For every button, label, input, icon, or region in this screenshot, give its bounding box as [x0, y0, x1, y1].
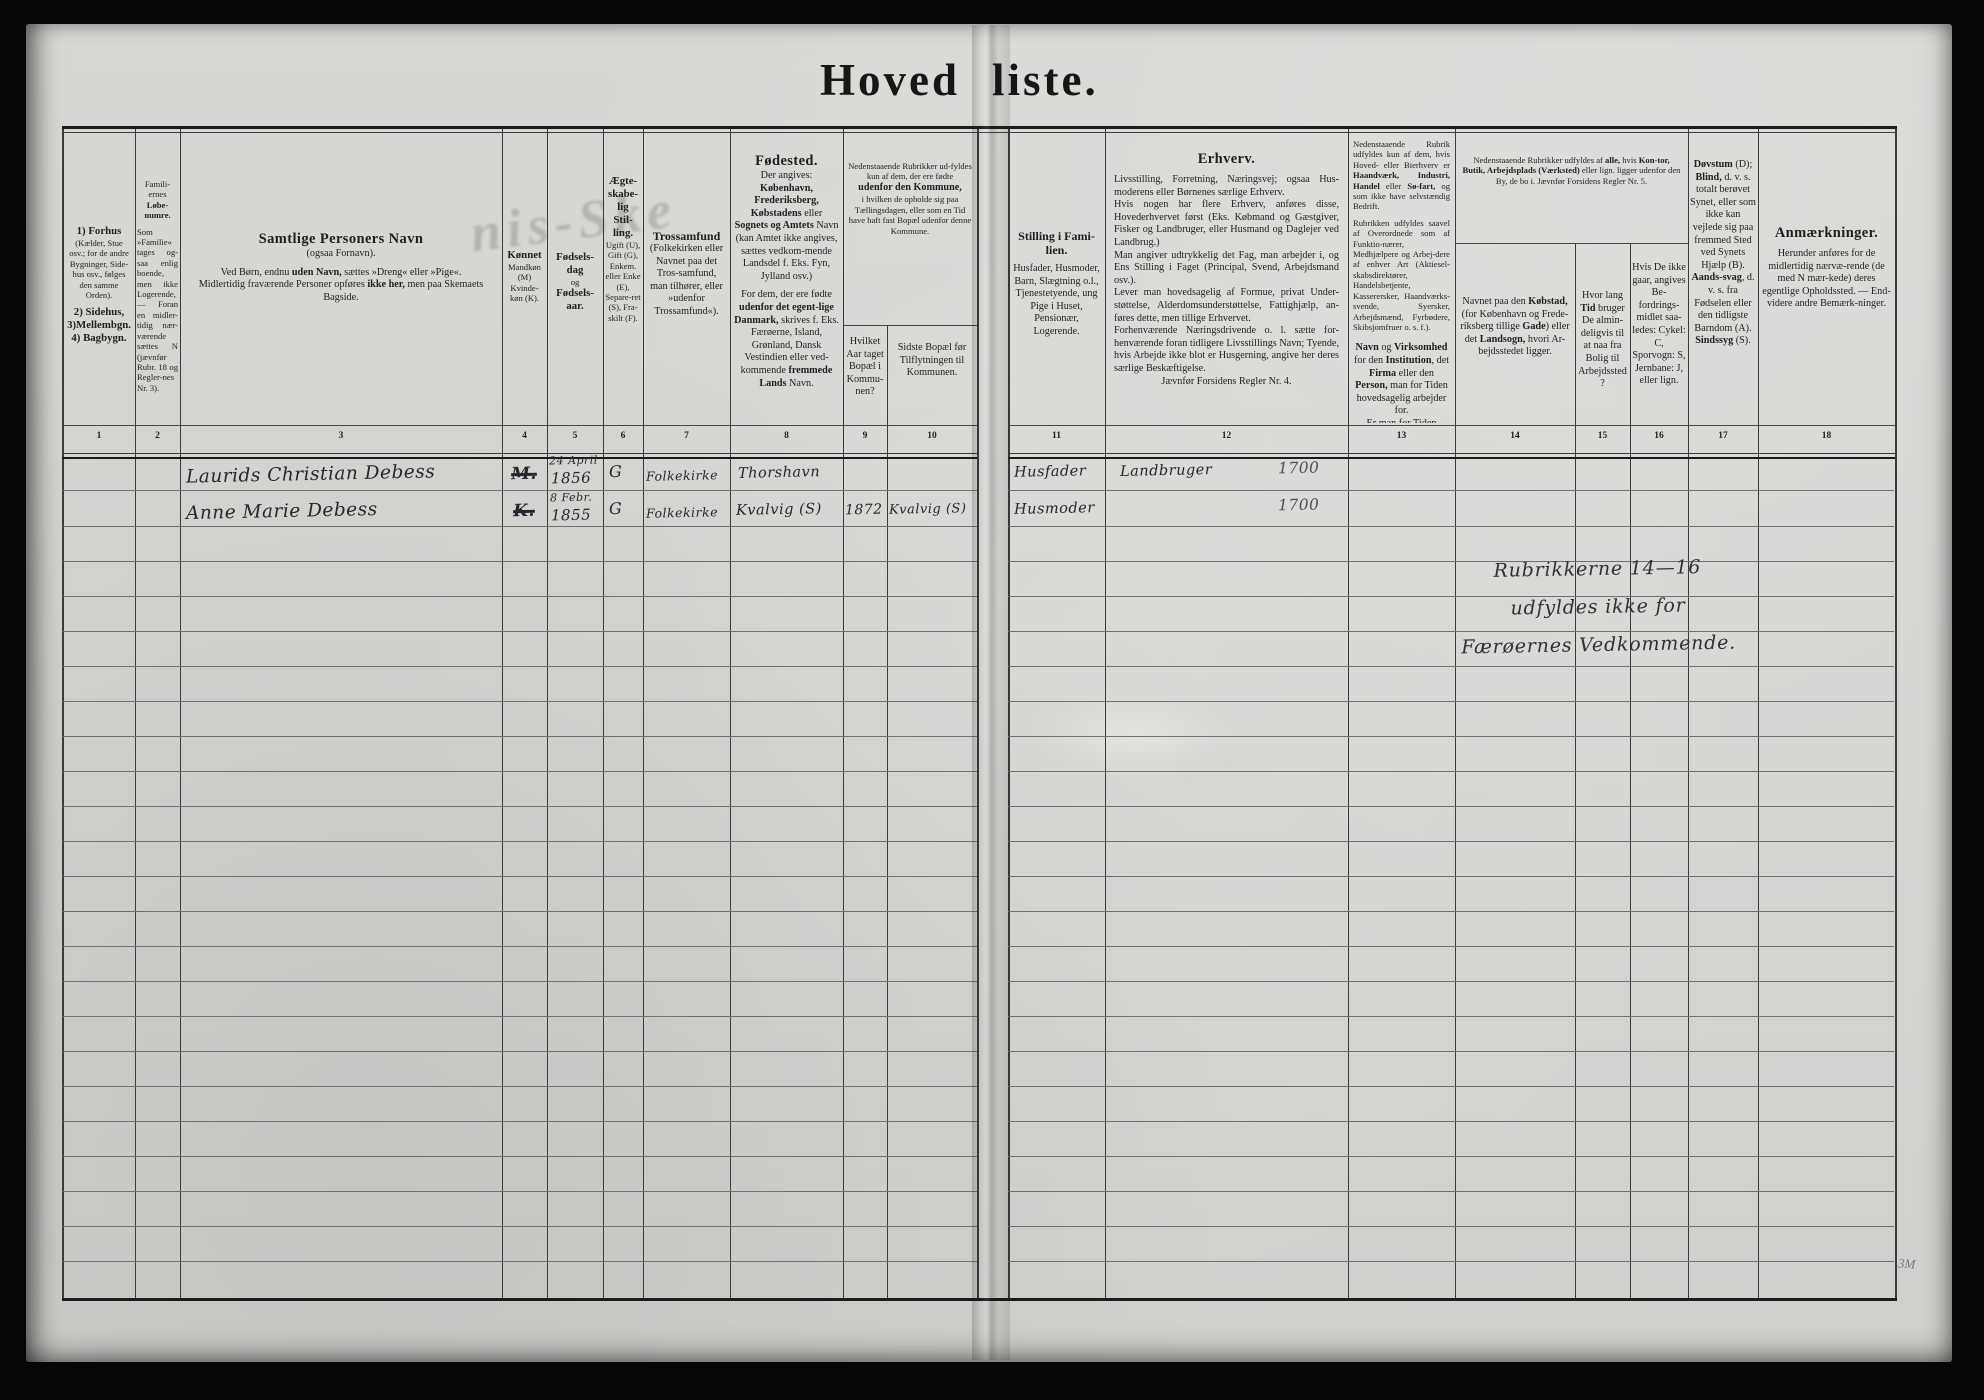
grid-hline — [63, 666, 977, 667]
clerk-note-line: udfyldes ikke for — [1458, 586, 1739, 629]
header-text-line: 1) Forhus — [67, 225, 131, 238]
bleedthrough-smudge — [1028, 692, 1243, 776]
header-col-9-aar-bopael: Hvilket Aar taget Bopæl i Kommu-nen? — [843, 328, 887, 424]
header-col-12-erhverv: Erhverv.Livsstilling, Forretning, Næring… — [1105, 133, 1348, 423]
header-text-line: (ogsaa Fornavn). — [184, 248, 498, 261]
entry-family-position: Husfader — [1014, 463, 1087, 481]
header-text-line: Samtlige Personers Navn — [184, 231, 498, 248]
grid-hline — [1008, 876, 1894, 877]
header-text-line: Hvilket Aar taget Bopæl i Kommu-nen? — [845, 336, 885, 399]
entry-birth-year: 1855 — [551, 506, 592, 525]
header-text-line: Nedenstaaende Rubrikker ud-fyldes kun af… — [848, 161, 972, 182]
grid-hline — [1008, 453, 1895, 454]
header-text-line: (Kælder, Stue osv.; for de andre Bygning… — [67, 238, 131, 300]
entry-occupation: Landbruger — [1120, 462, 1213, 480]
grid-hline — [1008, 1191, 1894, 1192]
entry-marital-status: G — [609, 499, 623, 518]
header-col-2-lobenumre: Famili-ernesLøbe-numre.Som »Familie« tag… — [135, 133, 180, 423]
column-number-10: 10 — [887, 431, 977, 441]
header-text-line: Erhverv. — [1114, 151, 1339, 168]
header-col-8-fodested: Fødested.Der angives:København, Frederik… — [730, 133, 843, 423]
grid-hline — [1008, 736, 1894, 737]
header-text-line: Der angives: — [734, 170, 839, 183]
grid-hline — [63, 841, 977, 842]
header-col-5-fodselsdag: Fødsels-dagogFødsels-aar. — [547, 133, 603, 423]
header-col-16-befordringsmiddel: Hvis De ikke gaar, angives Be-fordrings-… — [1630, 246, 1688, 424]
grid-hline — [1008, 490, 1894, 491]
grid-hline — [63, 1226, 977, 1227]
header-text-line: numre. — [137, 210, 178, 220]
column-number-3: 3 — [180, 431, 502, 441]
header-group-9-10: Nedenstaaende Rubrikker ud-fyldes kun af… — [843, 133, 977, 325]
grid-hline — [63, 561, 977, 562]
header-text-line: Rubrikken udfyldes saavel af Overordnede… — [1353, 218, 1450, 332]
header-text-line: Ægte- — [605, 175, 641, 188]
grid-hline — [63, 490, 977, 491]
header-text-line: Navnet paa den Købstad, (for København o… — [1459, 296, 1571, 359]
entry-last-residence: Kvalvig (S) — [889, 501, 967, 518]
header-text-line: Lever man hovedsagelig af Formue, privat… — [1114, 287, 1339, 325]
entry-name: Anne Marie Debess — [186, 499, 378, 524]
entry-year-moved: 1872 — [845, 502, 883, 519]
header-col-15-rejsetid: Hvor lang Tid bruger De almin-deligvis t… — [1575, 246, 1630, 424]
header-text-line: Nedenstaaende Rubrikker udfyldes af alle… — [1461, 155, 1682, 186]
grid-hline — [63, 526, 977, 527]
header-text-line: Fødsels- — [551, 251, 599, 264]
header-text-line: Fødsels- — [551, 287, 599, 300]
grid-hline — [63, 1121, 977, 1122]
header-text-line: Livsstilling, Forretning, Næringsvej; og… — [1114, 174, 1339, 199]
header-text-line: dag — [551, 264, 599, 277]
margin-pencil-mark: 3M — [1897, 1255, 1915, 1272]
grid-hline — [63, 1016, 977, 1017]
grid-hline — [1008, 596, 1894, 597]
header-text-line: aar. — [551, 300, 599, 313]
header-col-1-forhus: 1) Forhus(Kælder, Stue osv.; for de andr… — [63, 133, 135, 423]
header-text-line: Løbe- — [137, 200, 178, 210]
header-text-line: ling. — [605, 227, 641, 240]
grid-hline — [1008, 1261, 1894, 1262]
grid-hline — [63, 736, 977, 737]
header-text-line: Stilling i Fami-lien. — [1012, 229, 1101, 257]
header-text-line: Navn og Virksomhed for den Institution, … — [1353, 342, 1450, 418]
header-text-line: 4) Bagbygn. — [67, 332, 131, 345]
grid-hline — [62, 425, 977, 426]
grid-hline — [62, 457, 977, 459]
header-text-line: For dem, der ere fødte udenfor det egent… — [734, 289, 839, 390]
column-number-4: 4 — [502, 431, 547, 441]
clerk-note-line: Færøernes Vedkommende. — [1458, 624, 1739, 667]
header-col-11-stilling-i-familien: Stilling i Fami-lien.Husfader, Husmoder,… — [1008, 133, 1105, 423]
grid-hline — [63, 1261, 977, 1262]
header-text-line: Nedenstaaende Rubrik udfyldes kun af dem… — [1353, 139, 1450, 212]
column-number-13: 13 — [1348, 431, 1455, 441]
header-text-line: Døvstum (D); Blind, d. v. s. totalt berø… — [1690, 159, 1756, 348]
header-text-line: Hvis De ikke gaar, angives Be-fordrings-… — [1632, 262, 1686, 388]
grid-hline — [63, 946, 977, 947]
header-text-line: udenfor den Kommune, — [848, 182, 972, 195]
header-text-line: Er man for Tiden arbejds-løs, og dette i… — [1353, 418, 1450, 423]
grid-hline — [1008, 561, 1894, 562]
header-text-line: Sidste Bopæl før Tilflytningen til Kommu… — [891, 342, 973, 380]
header-text-line: Herunder anføres for de midlertidig nærv… — [1762, 248, 1891, 311]
column-number-1: 1 — [63, 431, 135, 441]
entry-birth-year: 1856 — [551, 469, 592, 488]
header-col-17-dovstum-blind: Døvstum (D); Blind, d. v. s. totalt berø… — [1688, 133, 1758, 423]
grid-hline — [1008, 1226, 1894, 1227]
grid-hline — [1008, 981, 1894, 982]
entry-marital-status: G — [609, 462, 623, 481]
grid-hline — [1008, 806, 1894, 807]
header-text-line: Forhenværende Næringsdrivende o. l. sætt… — [1114, 325, 1339, 375]
grid-hline — [1008, 1016, 1894, 1017]
header-text-line: Ugift (U), Gift (G), Enkem. eller Enke (… — [605, 240, 641, 323]
header-text-line: Som »Familie« tages og-saa enlig boende,… — [137, 227, 178, 394]
header-col-4-konnet: KønnetMandkøn (M) Kvinde-køn (K). — [502, 133, 547, 423]
header-text-line: Man angiver udtrykkelig det Fag, man arb… — [1114, 250, 1339, 288]
clerk-note-rubrics-14-16: Rubrikkerne 14—16 udfyldes ikke for Færø… — [1457, 548, 1739, 667]
column-number-5: 5 — [547, 431, 603, 441]
grid-hline — [1008, 1086, 1894, 1087]
column-number-11: 11 — [1008, 431, 1105, 441]
grid-hline — [1008, 911, 1894, 912]
header-col-10-sidste-bopael: Sidste Bopæl før Tilflytningen til Kommu… — [887, 328, 977, 424]
grid-hline — [63, 911, 977, 912]
clerk-note-line: Rubrikkerne 14—16 — [1457, 548, 1738, 591]
header-text-line: i hvilken de opholde sig paa Tællingsdag… — [848, 194, 972, 236]
grid-hline — [63, 1086, 977, 1087]
grid-vline — [1895, 126, 1897, 1300]
header-text-line: Mandkøn (M) Kvinde-køn (K). — [504, 262, 545, 304]
grid-hline — [1008, 1051, 1894, 1052]
header-text-line: Famili- — [137, 179, 178, 189]
grid-hline — [1455, 243, 1688, 244]
grid-hline — [63, 771, 977, 772]
column-number-8: 8 — [730, 431, 843, 441]
header-text-line: 3)Mellembgn. — [67, 319, 131, 332]
header-text-line: 2) Sidehus, — [67, 306, 131, 319]
grid-hline — [63, 631, 977, 632]
grid-hline — [63, 876, 977, 877]
header-col-13-arbejdsgiver: Nedenstaaende Rubrik udfyldes kun af dem… — [1348, 133, 1455, 423]
header-text-line: Hvor lang Tid bruger De almin-deligvis t… — [1577, 290, 1628, 391]
header-col-7-trossamfund: Trossamfund(Folkekirken eller Navnet paa… — [643, 133, 730, 423]
header-text-line: Trossamfund — [647, 229, 726, 243]
entry-religion: Folkekirke — [646, 504, 718, 521]
header-col-6-aegteskabelig-stilling: Ægte-skabe-ligStil-ling.Ugift (U), Gift … — [603, 133, 643, 423]
header-col-14-arbejdssted: Navnet paa den Købstad, (for København o… — [1455, 246, 1575, 424]
scanned-census-page: nis-Ske Hoved liste. 1234567891011121314… — [0, 0, 1984, 1400]
header-text-line: Stil- — [605, 214, 641, 227]
entry-birth-day: 24 April — [549, 453, 598, 467]
header-col-3-navn: Samtlige Personers Navn(ogsaa Fornavn).V… — [180, 133, 502, 423]
grid-hline — [63, 1191, 977, 1192]
column-number-7: 7 — [643, 431, 730, 441]
entry-birth-day: 8 Febr. — [550, 491, 592, 505]
header-text-line: lig — [605, 201, 641, 214]
entry-archive-mark: 1700 — [1278, 459, 1320, 478]
column-number-2: 2 — [135, 431, 180, 441]
grid-hline — [63, 596, 977, 597]
entry-sex: M. — [502, 464, 546, 485]
grid-hline — [1008, 946, 1894, 947]
header-text-line: Jævnfør Forsidens Regler Nr. 4. — [1114, 376, 1339, 389]
column-number-15: 15 — [1575, 431, 1630, 441]
grid-hline — [1008, 526, 1894, 527]
header-text-line: København, Frederiksberg, Købstadens ell… — [734, 183, 839, 284]
entry-archive-mark: 1700 — [1278, 496, 1320, 515]
grid-hline — [1008, 425, 1895, 426]
grid-hline — [63, 806, 977, 807]
header-text-line: Midlertidig fraværende Personer opføres … — [184, 279, 498, 304]
entry-family-position: Husmoder — [1014, 500, 1095, 518]
entry-religion: Folkekirke — [646, 467, 718, 484]
grid-hline — [1008, 1156, 1894, 1157]
header-text-line: Kønnet — [504, 249, 545, 262]
grid-hline — [843, 325, 977, 326]
page-fold-seam — [972, 25, 1010, 1360]
grid-hline — [63, 701, 977, 702]
grid-hline — [1008, 666, 1894, 667]
grid-hline — [1008, 771, 1894, 772]
column-number-14: 14 — [1455, 431, 1575, 441]
grid-hline — [63, 981, 977, 982]
grid-hline — [63, 1156, 977, 1157]
grid-hline — [63, 1051, 977, 1052]
grid-hline — [1008, 457, 1895, 459]
header-text-line: skabe- — [605, 188, 641, 201]
grid-hline — [1008, 701, 1894, 702]
header-text-line: Anmærkninger. — [1762, 225, 1891, 242]
column-number-6: 6 — [603, 431, 643, 441]
grid-hline — [62, 453, 977, 454]
column-number-16: 16 — [1630, 431, 1688, 441]
header-text-line: Fødested. — [734, 153, 839, 170]
header-col-18-anmaerkninger: Anmærkninger.Herunder anføres for de mid… — [1758, 133, 1895, 423]
grid-hline — [1008, 841, 1894, 842]
header-text-line: Husfader, Husmoder, Barn, Slægtning o.l.… — [1012, 263, 1101, 339]
page-title-left: Hoved — [620, 54, 960, 106]
header-text-line: (Folkekirken eller Navnet paa det Tros-s… — [647, 243, 726, 319]
entry-sex: K. — [502, 501, 546, 522]
column-number-9: 9 — [843, 431, 887, 441]
column-number-12: 12 — [1105, 431, 1348, 441]
header-text-line: ernes — [137, 189, 178, 199]
header-text-line: Hvis nogen har flere Erhverv, anføres di… — [1114, 199, 1339, 249]
grid-hline — [1008, 631, 1894, 632]
page-title-right: liste. — [992, 54, 1099, 106]
entry-birthplace: Thorshavn — [738, 464, 820, 482]
grid-vline — [887, 325, 888, 1300]
entry-birthplace: Kvalvig (S) — [736, 501, 822, 519]
column-number-17: 17 — [1688, 431, 1758, 441]
header-text-line: og — [551, 277, 599, 287]
column-number-18: 18 — [1758, 431, 1895, 441]
grid-hline — [1008, 1121, 1894, 1122]
header-group-14-16: Nedenstaaende Rubrikker udfyldes af alle… — [1455, 133, 1688, 243]
header-text-line: Ved Børn, endnu uden Navn, sættes »Dreng… — [184, 267, 498, 280]
